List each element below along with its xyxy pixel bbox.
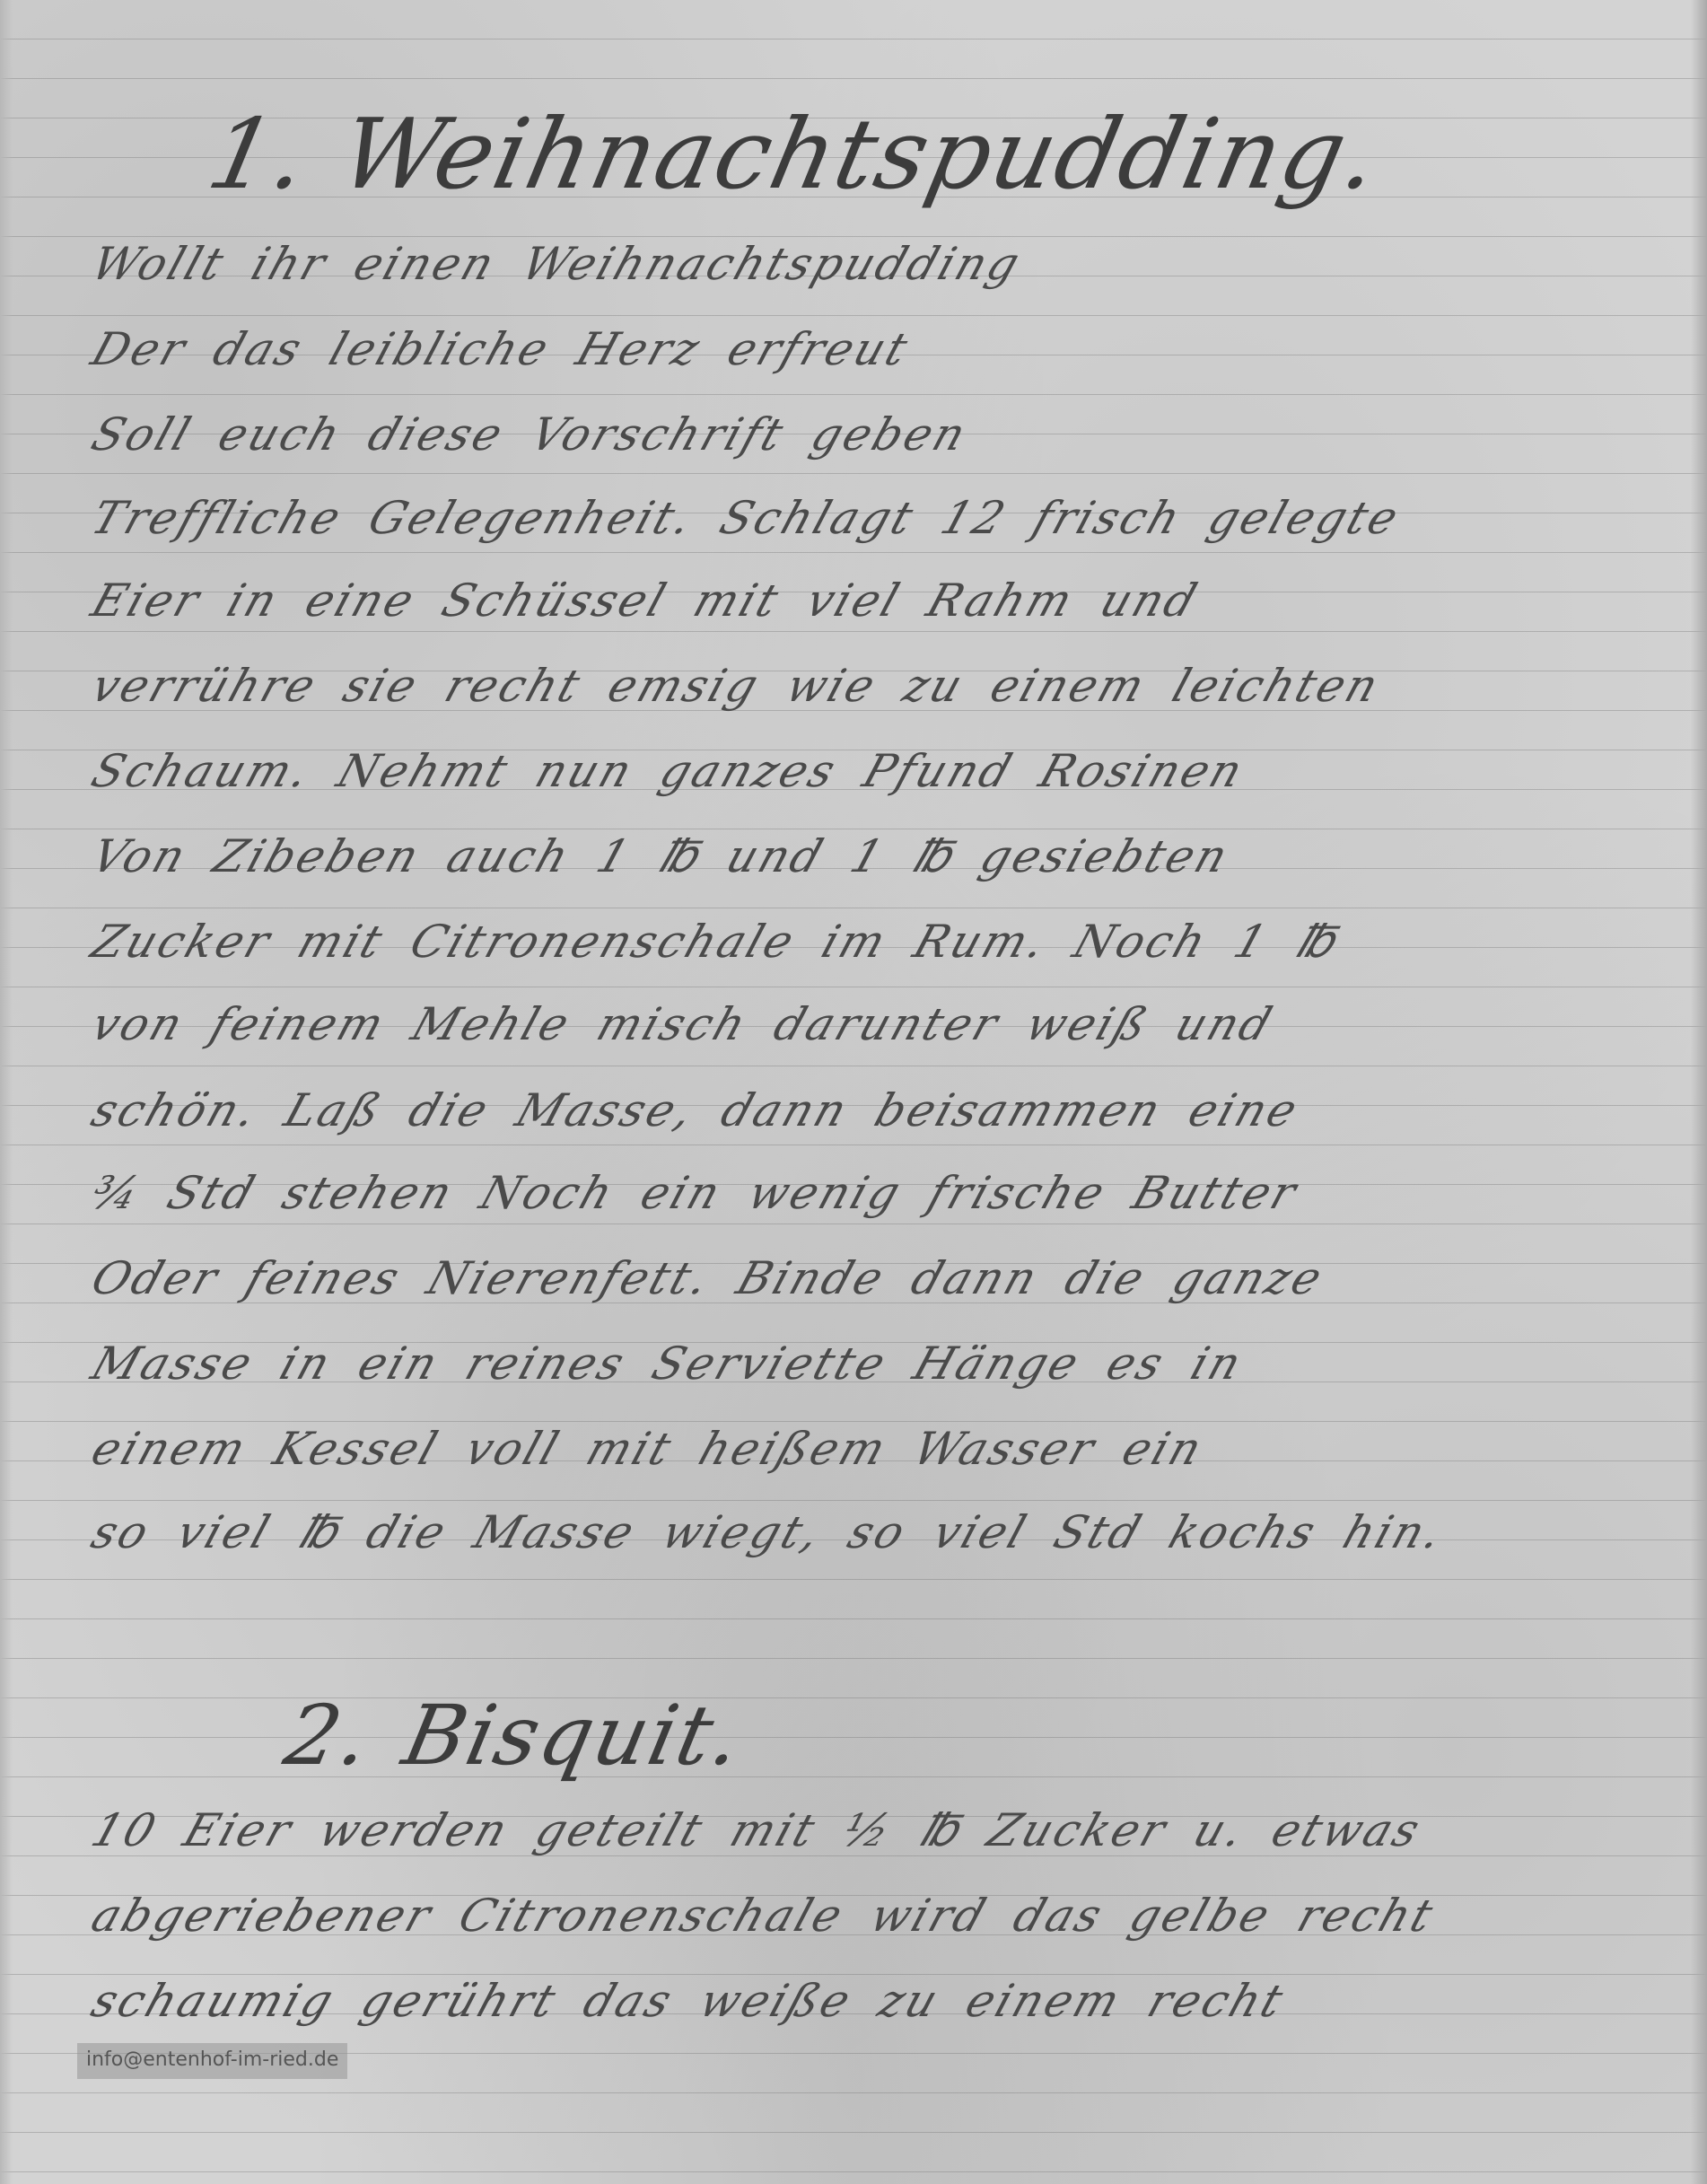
recipe-1-line: Von Zibeben auch 1 ℔ und 1 ℔ gesiebten — [85, 830, 1646, 882]
recipe-1-line: Schaum. Nehmt nun ganzes Pfund Rosinen — [85, 745, 1646, 797]
recipe-1-number: 1. — [199, 99, 320, 211]
recipe-1-line: Masse in ein reines Serviette Hänge es i… — [85, 1338, 1646, 1390]
recipe-1-heading: 1.Weihnachtspudding. — [199, 99, 1390, 211]
recipe-1-line: ¾ Std stehen Noch ein wenig frische Butt… — [85, 1167, 1646, 1219]
recipe-1-line: von feinem Mehle misch darunter weiß und — [85, 998, 1646, 1050]
recipe-1-line: Eier in eine Schüssel mit viel Rahm und — [85, 575, 1646, 627]
recipe-1-line: verrühre sie recht emsig wie zu einem le… — [85, 660, 1646, 712]
recipe-1-line: Soll euch diese Vorschrift geben — [85, 408, 1646, 460]
recipe-1-line: so viel ℔ die Masse wiegt, so viel Std k… — [85, 1506, 1646, 1558]
recipe-2-line: 10 Eier werden geteilt mit ½ ℔ Zucker u.… — [85, 1804, 1646, 1856]
recipe-1-title: Weihnachtspudding. — [331, 99, 1390, 211]
page-right-edge — [1691, 0, 1707, 2184]
recipe-2-title: Bisquit. — [395, 1688, 751, 1784]
watermark-email: info@entenhof-im-ried.de — [77, 2043, 347, 2079]
recipe-1-line: Treffliche Gelegenheit. Schlagt 12 frisc… — [85, 492, 1646, 544]
recipe-1-line: Oder feines Nierenfett. Binde dann die g… — [85, 1252, 1646, 1304]
recipe-1-line: schön. Laß die Masse, dann beisammen ein… — [85, 1084, 1646, 1136]
recipe-1-line: einem Kessel voll mit heißem Wasser ein — [85, 1423, 1646, 1475]
recipe-2-line: abgeriebener Citronenschale wird das gel… — [85, 1890, 1646, 1942]
recipe-1-line: Zucker mit Citronenschale im Rum. Noch 1… — [85, 916, 1646, 968]
recipe-1-line: Der das leibliche Herz erfreut — [85, 323, 1646, 375]
page-left-edge — [0, 0, 13, 2184]
recipe-1-line: Wollt ihr einen Weihnachtspudding — [85, 238, 1646, 290]
recipe-2-number: 2. — [277, 1688, 381, 1784]
recipe-2-line: schaumig gerührt das weiße zu einem rech… — [85, 1975, 1646, 2027]
scanned-page: 1.Weihnachtspudding. Wollt ihr einen Wei… — [0, 0, 1707, 2184]
recipe-2-heading: 2.Bisquit. — [277, 1688, 752, 1784]
